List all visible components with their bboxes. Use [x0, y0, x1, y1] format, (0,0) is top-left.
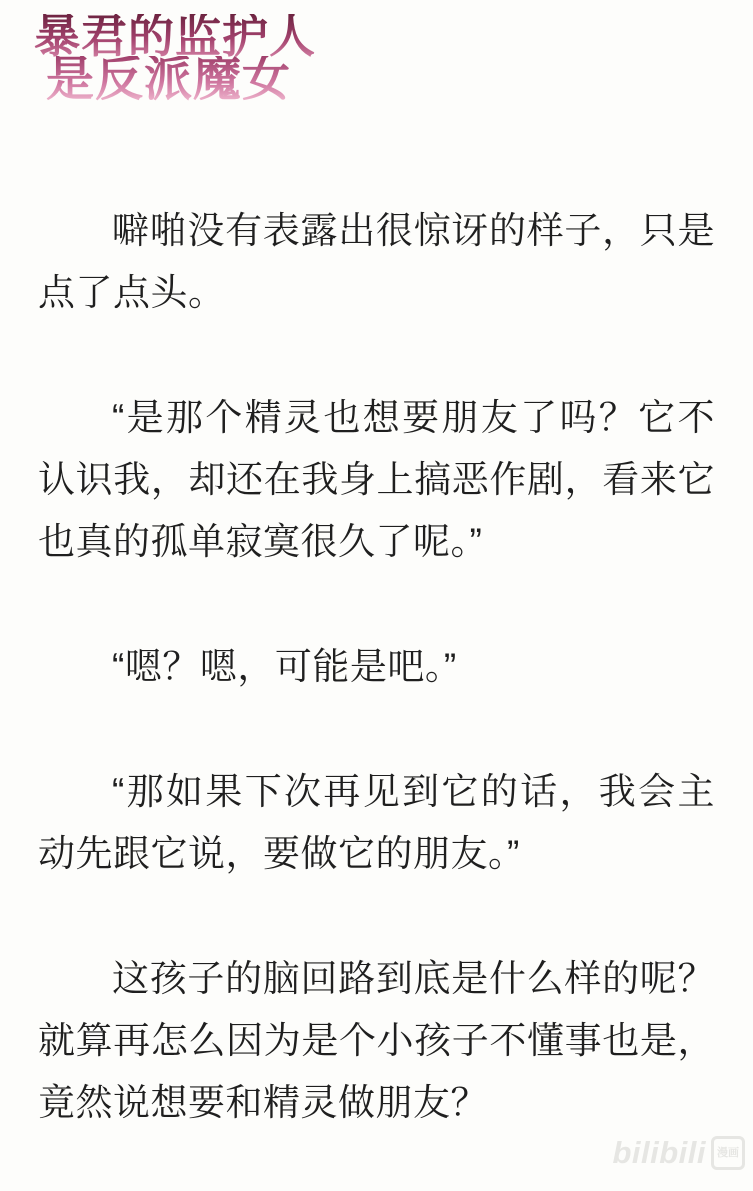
paragraph-dialogue-2: “嗯？嗯，可能是吧。”	[38, 636, 715, 698]
series-logo: 暴君的监护人 是反派魔女	[34, 14, 316, 104]
comic-reader-page[interactable]: 暴君的监护人 是反派魔女 噼啪没有表露出很惊讶的样子，只是点了点头。 “是那个精…	[0, 0, 753, 1191]
series-logo-line-2: 是反派魔女	[46, 56, 316, 104]
paragraph-dialogue-3: “那如果下次再见到它的话，我会主动先跟它说，要做它的朋友。”	[38, 761, 715, 885]
manga-badge-icon: 漫画	[711, 1136, 745, 1170]
paragraph-narration-2: 这孩子的脑回路到底是什么样的呢？就算再怎么因为是个小孩子不懂事也是，竟然说想要和…	[38, 948, 715, 1134]
paragraph-narration-1: 噼啪没有表露出很惊讶的样子，只是点了点头。	[38, 200, 715, 324]
bilibili-watermark: bilibili 漫画	[612, 1135, 745, 1171]
novel-text: 噼啪没有表露出很惊讶的样子，只是点了点头。 “是那个精灵也想要朋友了吗？它不认识…	[38, 200, 715, 1191]
bilibili-wordmark: bilibili	[612, 1135, 706, 1171]
paragraph-dialogue-1: “是那个精灵也想要朋友了吗？它不认识我，却还在我身上搞恶作剧，看来它也真的孤单寂…	[38, 387, 715, 573]
